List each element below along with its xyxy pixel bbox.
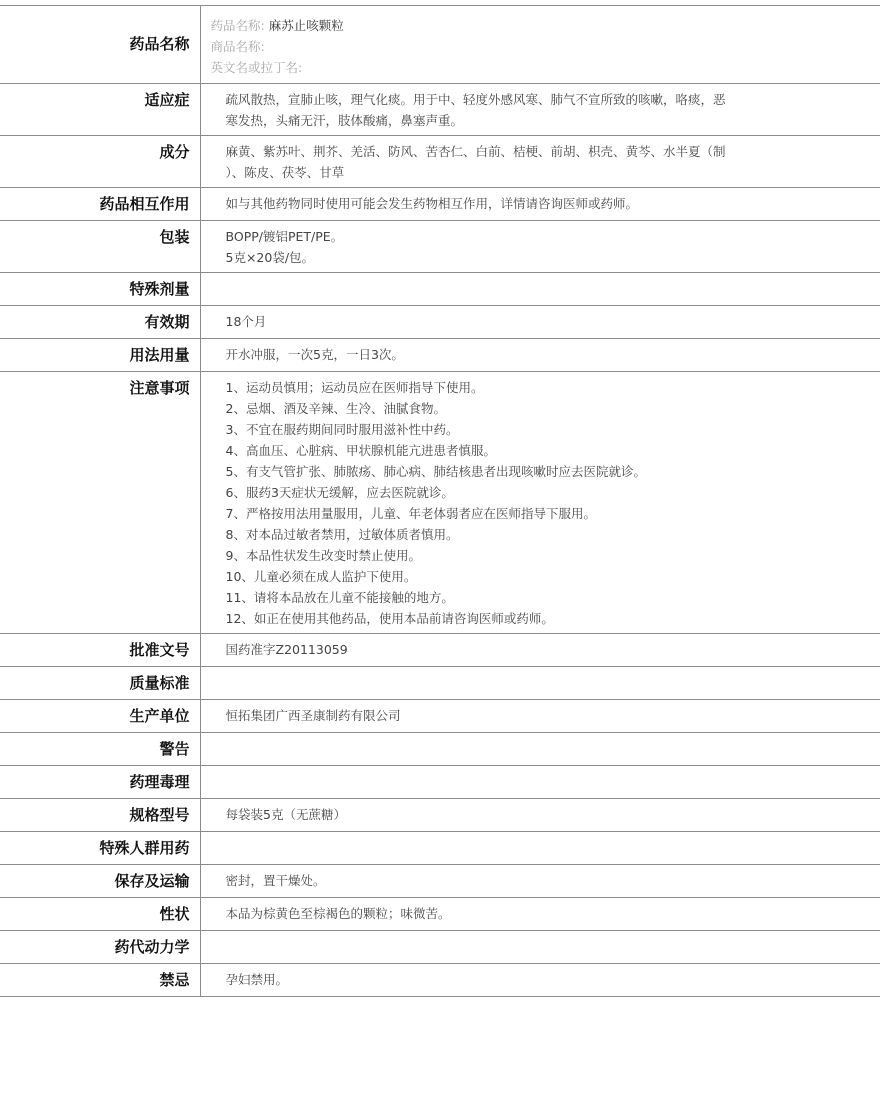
row-label: 药品相互作用 [0,188,200,221]
row-drug-name: 药品名称 药品名称: 麻苏止咳颗粒 商品名称: 英文名或拉丁名: [0,6,880,84]
latin-name-label: 英文名或拉丁名: [211,60,303,75]
row-label: 批准文号 [0,634,200,667]
row-warning: 警告 [0,733,880,766]
precaution-item: 9、本品性状发生改变时禁止使用。 [226,545,880,566]
value-line: 如与其他药物同时使用可能会发生药物相互作用，详情请咨询医师或药师。 [226,188,880,214]
row-label: 成分 [0,136,200,188]
row-value: 疏风散热，宣肺止咳，理气化痰。用于中、轻度外感风寒、肺气不宣所致的咳嗽，咯痰，恶… [200,84,880,136]
trade-name-label: 商品名称: [211,39,265,54]
row-usage: 用法用量 开水冲服，一次5克，一日3次。 [0,339,880,372]
value-line: 国药准字Z20113059 [226,634,880,660]
precaution-item: 5、有支气管扩张、肺脓疡、肺心病、肺结核患者出现咳嗽时应去医院就诊。 [226,461,880,482]
row-ingredients: 成分 麻黄、紫苏叶、荆芥、羌活、防风、苦杏仁、白前、桔梗、前胡、枳壳、黄芩、水半… [0,136,880,188]
value-line: 密封，置干燥处。 [226,865,880,891]
row-label: 注意事项 [0,372,200,634]
precaution-item: 10、儿童必须在成人监护下使用。 [226,566,880,587]
row-label: 药代动力学 [0,931,200,964]
row-value: 如与其他药物同时使用可能会发生药物相互作用，详情请咨询医师或药师。 [200,188,880,221]
row-interactions: 药品相互作用 如与其他药物同时使用可能会发生药物相互作用，详情请咨询医师或药师。 [0,188,880,221]
row-label: 特殊剂量 [0,273,200,306]
row-description: 性状 本品为棕黄色至棕褐色的颗粒；味微苦。 [0,898,880,931]
row-label: 包装 [0,221,200,273]
precaution-item: 4、高血压、心脏病、甲状腺机能亢进患者慎服。 [226,440,880,461]
row-shelf-life: 有效期 18个月 [0,306,880,339]
row-value: 药品名称: 麻苏止咳颗粒 商品名称: 英文名或拉丁名: [200,6,880,84]
row-value: 麻黄、紫苏叶、荆芥、羌活、防风、苦杏仁、白前、桔梗、前胡、枳壳、黄芩、水半夏（制… [200,136,880,188]
row-value: BOPP/镀铝PET/PE。 5克×20袋/包。 [200,221,880,273]
precaution-item: 11、请将本品放在儿童不能接触的地方。 [226,587,880,608]
row-label: 规格型号 [0,799,200,832]
row-value: 孕妇禁用。 [200,964,880,997]
value-line: 疏风散热，宣肺止咳，理气化痰。用于中、轻度外感风寒、肺气不宣所致的咳嗽，咯痰，恶 [226,84,880,110]
value-line: 寒发热，头痛无汗，肢体酸痛，鼻塞声重。 [226,110,880,131]
precaution-item: 7、严格按用法用量服用，儿童、年老体弱者应在医师指导下服用。 [226,503,880,524]
precaution-item: 6、服药3天症状无缓解，应去医院就诊。 [226,482,880,503]
precaution-item: 2、忌烟、酒及辛辣、生冷、油腻食物。 [226,398,880,419]
row-label: 药品名称 [0,6,200,84]
row-value: 每袋装5克（无蔗糖） [200,799,880,832]
row-label: 特殊人群用药 [0,832,200,865]
row-label: 生产单位 [0,700,200,733]
value-line: BOPP/镀铝PET/PE。 [226,221,880,247]
row-value: 开水冲服，一次5克，一日3次。 [200,339,880,372]
row-packaging: 包装 BOPP/镀铝PET/PE。 5克×20袋/包。 [0,221,880,273]
precaution-item: 1、运动员慎用；运动员应在医师指导下使用。 [226,372,880,398]
precaution-item: 12、如正在使用其他药品，使用本品前请咨询医师或药师。 [226,608,880,629]
row-value [200,667,880,700]
row-approval-number: 批准文号 国药准字Z20113059 [0,634,880,667]
row-value [200,273,880,306]
row-value [200,832,880,865]
row-pharmacokinetics: 药代动力学 [0,931,880,964]
value-line: 5克×20袋/包。 [226,247,880,268]
row-label: 保存及运输 [0,865,200,898]
row-contraindications: 禁忌 孕妇禁用。 [0,964,880,997]
row-label: 药理毒理 [0,766,200,799]
row-label: 适应症 [0,84,200,136]
value-line: 18个月 [226,306,880,332]
row-value: 密封，置干燥处。 [200,865,880,898]
row-label: 禁忌 [0,964,200,997]
row-value: 国药准字Z20113059 [200,634,880,667]
value-line: 麻黄、紫苏叶、荆芥、羌活、防风、苦杏仁、白前、桔梗、前胡、枳壳、黄芩、水半夏（制 [226,136,880,162]
row-value: 18个月 [200,306,880,339]
row-value: 恒拓集团广西圣康制药有限公司 [200,700,880,733]
row-label: 质量标准 [0,667,200,700]
precaution-item: 3、不宜在服药期间同时服用滋补性中药。 [226,419,880,440]
row-value [200,931,880,964]
value-line: ）、陈皮、茯苓、甘草 [226,162,880,183]
row-label: 有效期 [0,306,200,339]
row-quality-standard: 质量标准 [0,667,880,700]
value-line: 孕妇禁用。 [226,964,880,990]
generic-name-value: 麻苏止咳颗粒 [269,18,344,33]
generic-name-label: 药品名称: [211,18,265,33]
drug-spec-table: 药品名称 药品名称: 麻苏止咳颗粒 商品名称: 英文名或拉丁名: 适应症 疏风散… [0,5,880,997]
drug-spec-document: 药品名称 药品名称: 麻苏止咳颗粒 商品名称: 英文名或拉丁名: 适应症 疏风散… [0,5,880,997]
row-indications: 适应症 疏风散热，宣肺止咳，理气化痰。用于中、轻度外感风寒、肺气不宣所致的咳嗽，… [0,84,880,136]
row-special-dosage: 特殊剂量 [0,273,880,306]
row-value: 本品为棕黄色至棕褐色的颗粒；味微苦。 [200,898,880,931]
row-specification: 规格型号 每袋装5克（无蔗糖） [0,799,880,832]
row-value [200,766,880,799]
row-special-population: 特殊人群用药 [0,832,880,865]
value-line: 本品为棕黄色至棕褐色的颗粒；味微苦。 [226,898,880,924]
row-pharmacology: 药理毒理 [0,766,880,799]
row-value [200,733,880,766]
row-label: 用法用量 [0,339,200,372]
value-line: 恒拓集团广西圣康制药有限公司 [226,700,880,726]
row-manufacturer: 生产单位 恒拓集团广西圣康制药有限公司 [0,700,880,733]
row-storage: 保存及运输 密封，置干燥处。 [0,865,880,898]
row-value: 1、运动员慎用；运动员应在医师指导下使用。 2、忌烟、酒及辛辣、生冷、油腻食物。… [200,372,880,634]
row-precautions: 注意事项 1、运动员慎用；运动员应在医师指导下使用。 2、忌烟、酒及辛辣、生冷、… [0,372,880,634]
value-line: 开水冲服，一次5克，一日3次。 [226,339,880,365]
row-label: 性状 [0,898,200,931]
row-label: 警告 [0,733,200,766]
precaution-item: 8、对本品过敏者禁用，过敏体质者慎用。 [226,524,880,545]
value-line: 每袋装5克（无蔗糖） [226,799,880,825]
